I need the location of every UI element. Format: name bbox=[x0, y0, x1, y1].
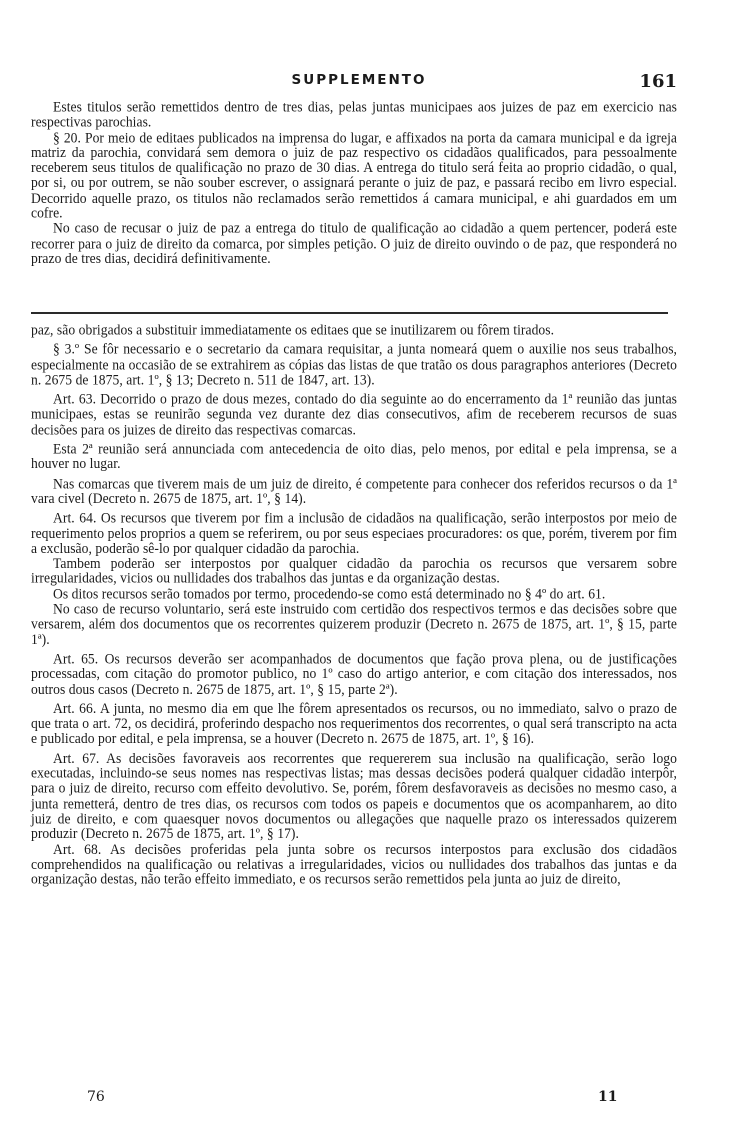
paragraph: Estes titulos serão remettidos dentro de… bbox=[31, 100, 677, 130]
section-divider bbox=[31, 312, 668, 314]
paragraph: Art. 67. As decisões favoraveis aos reco… bbox=[31, 751, 677, 842]
paragraph: Nas comarcas que tiverem mais de um juiz… bbox=[31, 476, 677, 506]
paragraph: Art. 65. Os recursos deverão ser acompan… bbox=[31, 652, 677, 697]
paragraph: Os ditos recursos serão tomados por term… bbox=[31, 587, 677, 602]
signature-mark-left: 76 bbox=[87, 1089, 105, 1105]
page-number: 161 bbox=[639, 71, 677, 92]
paragraph: Art. 64. Os recursos que tiverem por fim… bbox=[31, 511, 677, 556]
paragraph: Tambem poderão ser interpostos por qualq… bbox=[31, 556, 677, 586]
paragraph: § 20. Por meio de editaes publicados na … bbox=[31, 130, 677, 221]
paragraph: Esta 2ª reunião será annunciada com ante… bbox=[31, 442, 677, 472]
lower-text-section: paz, são obrigados a substituir immediat… bbox=[31, 323, 677, 887]
paragraph: Art. 68. As decisões proferidas pela jun… bbox=[31, 842, 677, 887]
paragraph: § 3.º Se fôr necessario e o secretario d… bbox=[31, 342, 677, 387]
running-head: SUPPLEMENTO 161 bbox=[31, 72, 677, 94]
page-footer: 76 11 bbox=[31, 1089, 677, 1107]
signature-mark-right: 11 bbox=[598, 1089, 617, 1105]
paragraph: Art. 63. Decorrido o prazo de dous mezes… bbox=[31, 392, 677, 437]
paragraph: paz, são obrigados a substituir immediat… bbox=[31, 323, 677, 338]
upper-text-section: Estes titulos serão remettidos dentro de… bbox=[31, 100, 677, 267]
paragraph: Art. 66. A junta, no mesmo dia em que lh… bbox=[31, 701, 677, 746]
paragraph: No caso de recurso voluntario, será este… bbox=[31, 602, 677, 647]
paragraph: No caso de recusar o juiz de paz a entre… bbox=[31, 221, 677, 266]
running-title: SUPPLEMENTO bbox=[31, 72, 677, 88]
